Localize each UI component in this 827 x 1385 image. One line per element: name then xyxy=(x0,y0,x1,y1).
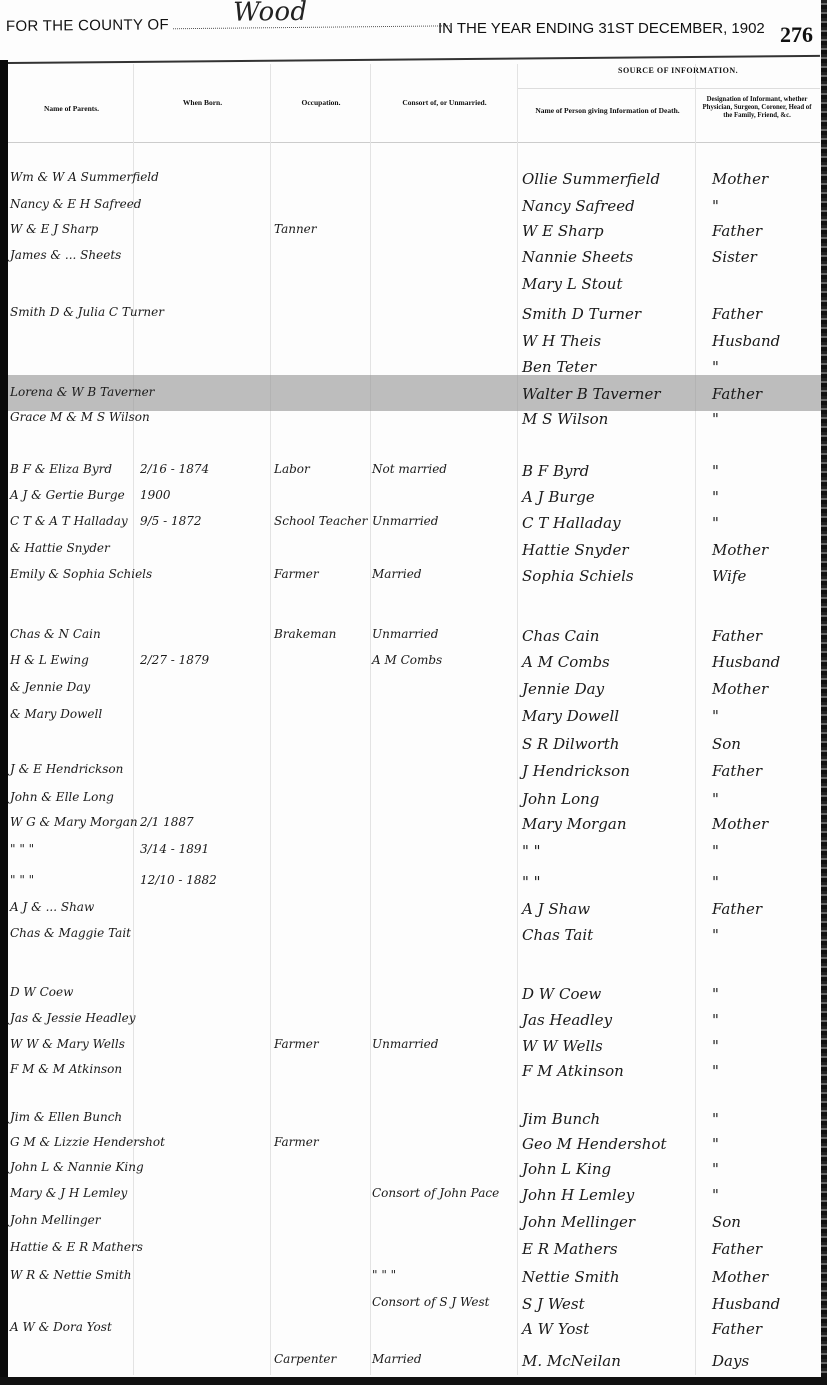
cell-designation: Sister xyxy=(712,248,757,266)
column-header-when-born: When Born. xyxy=(140,98,265,107)
cell-informant: Nancy Safreed xyxy=(522,197,635,215)
cell-parents: C T & A T Halladay xyxy=(10,514,128,528)
cell-informant: " " xyxy=(522,873,541,891)
source-of-information-label: SOURCE OF INFORMATION. xyxy=(618,66,738,75)
county-blank: Wood xyxy=(173,13,450,29)
cell-designation: Father xyxy=(712,900,762,918)
cell-informant: B F Byrd xyxy=(522,462,589,480)
cell-designation: Mother xyxy=(712,680,768,698)
cell-consort: Unmarried xyxy=(372,1037,438,1051)
cell-informant: W W Wells xyxy=(522,1037,603,1055)
cell-designation: " xyxy=(712,358,719,376)
cell-parents: & Jennie Day xyxy=(10,680,90,694)
cell-informant: J Hendrickson xyxy=(522,762,630,780)
cell-informant: Walter B Taverner xyxy=(522,385,661,403)
cell-parents: Chas & N Cain xyxy=(10,627,101,641)
cell-consort: " " " xyxy=(372,1268,396,1282)
cell-occupation: Tanner xyxy=(274,222,317,236)
cell-designation: Husband xyxy=(712,1295,780,1313)
cell-designation: Mother xyxy=(712,815,768,833)
page-bottom-edge xyxy=(0,1377,827,1385)
column-divider xyxy=(370,64,371,1375)
cell-parents: Jim & Ellen Bunch xyxy=(10,1110,122,1124)
cell-designation: Mother xyxy=(712,170,768,188)
county-header: FOR THE COUNTY OF Wood xyxy=(6,13,451,35)
column-divider xyxy=(133,64,134,1375)
cell-consort: Married xyxy=(372,567,422,581)
year-heading: IN THE YEAR ENDING 31ST DECEMBER, 1902 xyxy=(438,20,765,37)
cell-designation: Husband xyxy=(712,332,780,350)
column-header-occupation: Occupation. xyxy=(272,98,370,107)
cell-parents: A W & Dora Yost xyxy=(10,1320,112,1334)
cell-designation: " xyxy=(712,873,719,891)
cell-parents: James & ... Sheets xyxy=(10,248,121,262)
cell-parents: W W & Mary Wells xyxy=(10,1037,125,1051)
cell-informant: John H Lemley xyxy=(522,1186,634,1204)
cell-designation: Wife xyxy=(712,567,746,585)
cell-designation: " xyxy=(712,1160,719,1178)
cell-designation: " xyxy=(712,1037,719,1055)
cell-parents: & Mary Dowell xyxy=(10,707,102,721)
cell-designation: Son xyxy=(712,1213,741,1231)
cell-designation: Father xyxy=(712,627,762,645)
cell-informant: W H Theis xyxy=(522,332,601,350)
cell-parents: W G & Mary Morgan xyxy=(10,815,138,829)
cell-parents: Smith D & Julia C Turner xyxy=(10,305,164,319)
cell-informant: John Mellinger xyxy=(522,1213,635,1231)
cell-parents: Grace M & M S Wilson xyxy=(10,410,150,424)
cell-consort: Married xyxy=(372,1352,422,1366)
cell-parents: John L & Nannie King xyxy=(10,1160,144,1174)
cell-informant: Jas Headley xyxy=(522,1011,612,1029)
cell-designation: Father xyxy=(712,222,762,240)
cell-parents: G M & Lizzie Hendershot xyxy=(10,1135,165,1149)
cell-designation: " xyxy=(712,1135,719,1153)
cell-occupation: Farmer xyxy=(274,1037,319,1051)
cell-informant: E R Mathers xyxy=(522,1240,618,1258)
cell-parents: Nancy & E H Safreed xyxy=(10,197,141,211)
cell-when-born: 2/16 - 1874 xyxy=(140,462,209,476)
cell-designation: " xyxy=(712,1062,719,1080)
cell-informant: Geo M Hendershot xyxy=(522,1135,666,1153)
cell-designation: Husband xyxy=(712,653,780,671)
cell-designation: Days xyxy=(712,1352,749,1370)
cell-informant: F M Atkinson xyxy=(522,1062,624,1080)
cell-occupation: Carpenter xyxy=(274,1352,336,1366)
cell-consort: A M Combs xyxy=(372,653,442,667)
county-prefix: FOR THE COUNTY OF xyxy=(6,16,169,35)
cell-informant: A J Shaw xyxy=(522,900,590,918)
column-header-consort: Consort of, or Unmarried. xyxy=(372,98,517,107)
column-header-designation: Designation of Informant, whether Physic… xyxy=(698,96,816,120)
cell-parents: Hattie & E R Mathers xyxy=(10,1240,143,1254)
cell-informant: A M Combs xyxy=(522,653,610,671)
cell-designation: " xyxy=(712,462,719,480)
cell-designation: Father xyxy=(712,1320,762,1338)
cell-informant: M. McNeilan xyxy=(522,1352,621,1370)
cell-designation: " xyxy=(712,790,719,808)
cell-informant: " " xyxy=(522,842,541,860)
cell-informant: S R Dilworth xyxy=(522,735,619,753)
cell-consort: Consort of John Pace xyxy=(372,1186,499,1200)
cell-consort: Unmarried xyxy=(372,514,438,528)
cell-parents: W R & Nettie Smith xyxy=(10,1268,131,1282)
page-right-edge xyxy=(821,0,827,1385)
cell-occupation: Brakeman xyxy=(274,627,336,641)
cell-designation: " xyxy=(712,1186,719,1204)
cell-occupation: Farmer xyxy=(274,567,319,581)
cell-informant: Jennie Day xyxy=(522,680,604,698)
cell-designation: " xyxy=(712,1110,719,1128)
cell-occupation: Farmer xyxy=(274,1135,319,1149)
cell-parents: H & L Ewing xyxy=(10,653,89,667)
cell-parents: Jas & Jessie Headley xyxy=(10,1011,136,1025)
cell-informant: Nettie Smith xyxy=(522,1268,620,1286)
cell-parents: Mary & J H Lemley xyxy=(10,1186,127,1200)
cell-when-born: 2/1 1887 xyxy=(140,815,194,829)
column-header-rule xyxy=(8,142,820,143)
column-divider xyxy=(695,64,696,1375)
cell-when-born: 1900 xyxy=(140,488,171,502)
cell-informant: A J Burge xyxy=(522,488,595,506)
cell-informant: M S Wilson xyxy=(522,410,608,428)
cell-informant: Mary Morgan xyxy=(522,815,626,833)
source-rule xyxy=(517,88,820,89)
cell-parents: B F & Eliza Byrd xyxy=(10,462,112,476)
cell-when-born: 3/14 - 1891 xyxy=(140,842,209,856)
header-rule xyxy=(8,55,820,64)
cell-parents: Lorena & W B Taverner xyxy=(10,385,154,399)
cell-designation: Father xyxy=(712,762,762,780)
cell-parents: Chas & Maggie Tait xyxy=(10,926,131,940)
cell-designation: " xyxy=(712,1011,719,1029)
cell-parents: John Mellinger xyxy=(10,1213,100,1227)
cell-informant: Sophia Schiels xyxy=(522,567,634,585)
cell-informant: John L King xyxy=(522,1160,611,1178)
cell-parents: Emily & Sophia Schiels xyxy=(10,567,152,581)
cell-designation: Son xyxy=(712,735,741,753)
cell-informant: Smith D Turner xyxy=(522,305,641,323)
cell-consort: Unmarried xyxy=(372,627,438,641)
cell-parents: W & E J Sharp xyxy=(10,222,98,236)
cell-informant: Hattie Snyder xyxy=(522,541,629,559)
cell-informant: Mary L Stout xyxy=(522,275,622,293)
cell-designation: " xyxy=(712,985,719,1003)
cell-occupation: School Teacher xyxy=(274,514,367,528)
cell-parents: " " " xyxy=(10,842,34,856)
cell-informant: Chas Cain xyxy=(522,627,599,645)
cell-designation: Father xyxy=(712,1240,762,1258)
cell-parents: D W Coew xyxy=(10,985,73,999)
cell-parents: A J & Gertie Burge xyxy=(10,488,125,502)
cell-designation: " xyxy=(712,514,719,532)
cell-informant: Mary Dowell xyxy=(522,707,619,725)
cell-occupation: Labor xyxy=(274,462,310,476)
cell-informant: Ben Teter xyxy=(522,358,596,376)
cell-when-born: 2/27 - 1879 xyxy=(140,653,209,667)
cell-informant: W E Sharp xyxy=(522,222,604,240)
page-number: 276 xyxy=(780,22,813,48)
cell-informant: D W Coew xyxy=(522,985,601,1003)
cell-parents: A J & ... Shaw xyxy=(10,900,94,914)
cell-designation: Mother xyxy=(712,541,768,559)
cell-designation: " xyxy=(712,488,719,506)
cell-informant: Nannie Sheets xyxy=(522,248,633,266)
cell-parents: J & E Hendrickson xyxy=(10,762,123,776)
cell-informant: Chas Tait xyxy=(522,926,593,944)
cell-informant: Jim Bunch xyxy=(522,1110,600,1128)
cell-informant: Ollie Summerfield xyxy=(522,170,660,188)
cell-designation: " xyxy=(712,410,719,428)
cell-informant: John Long xyxy=(522,790,599,808)
cell-parents: " " " xyxy=(10,873,34,887)
cell-designation: " xyxy=(712,926,719,944)
cell-informant: A W Yost xyxy=(522,1320,589,1338)
column-header-informant-name: Name of Person giving Information of Dea… xyxy=(525,106,690,115)
cell-parents: F M & M Atkinson xyxy=(10,1062,122,1076)
cell-parents: John & Elle Long xyxy=(10,790,114,804)
column-divider xyxy=(270,64,271,1375)
cell-informant: S J West xyxy=(522,1295,585,1313)
cell-designation: " xyxy=(712,707,719,725)
cell-consort: Consort of S J West xyxy=(372,1295,489,1309)
cell-when-born: 9/5 - 1872 xyxy=(140,514,202,528)
county-name: Wood xyxy=(233,0,307,28)
cell-designation: Father xyxy=(712,385,762,403)
cell-informant: C T Halladay xyxy=(522,514,621,532)
cell-consort: Not married xyxy=(372,462,447,476)
cell-designation: Mother xyxy=(712,1268,768,1286)
register-page: FOR THE COUNTY OF Wood IN THE YEAR ENDIN… xyxy=(0,0,827,1385)
column-header-parents: Name of Parents. xyxy=(10,104,133,113)
cell-parents: & Hattie Snyder xyxy=(10,541,110,555)
column-divider xyxy=(517,64,518,1375)
cell-designation: " xyxy=(712,197,719,215)
cell-designation: Father xyxy=(712,305,762,323)
cell-when-born: 12/10 - 1882 xyxy=(140,873,217,887)
cell-parents: Wm & W A Summerfield xyxy=(10,170,159,184)
page-binding-edge xyxy=(0,60,8,1385)
cell-designation: " xyxy=(712,842,719,860)
